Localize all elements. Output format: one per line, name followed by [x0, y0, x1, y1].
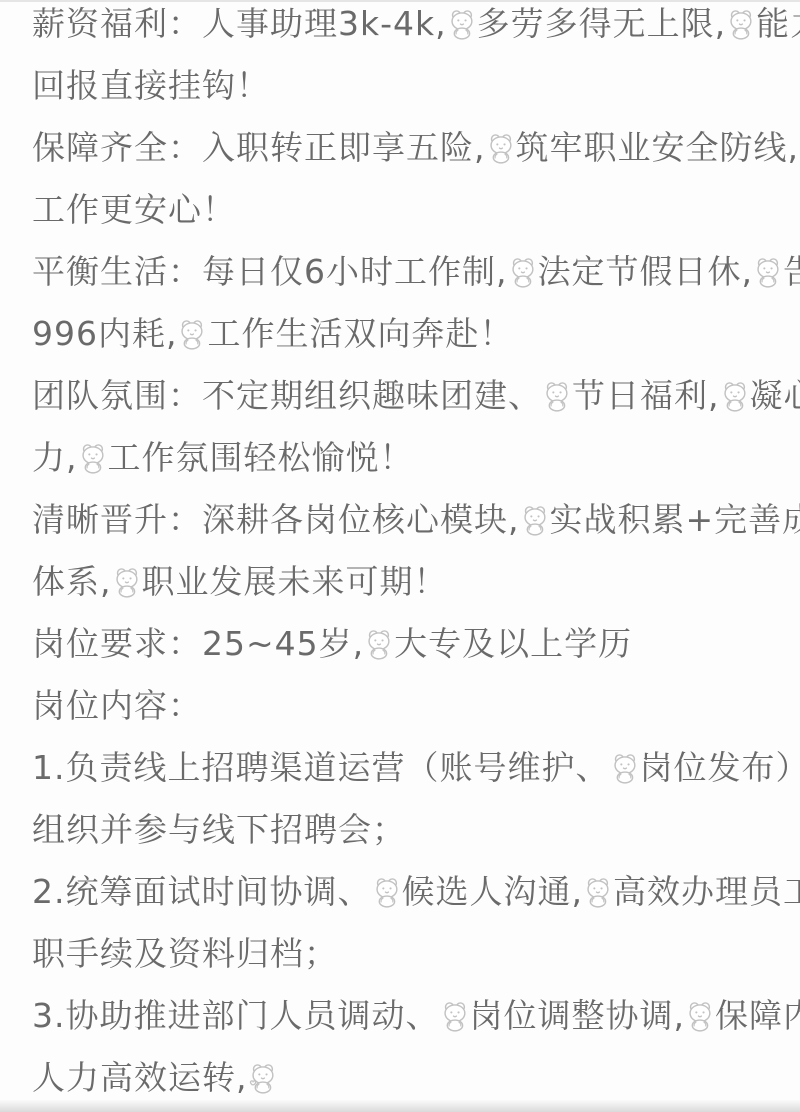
- text-segment: 岗位要求：25~45岁,: [32, 618, 364, 665]
- bottom-edge-divider: [0, 1100, 800, 1112]
- bear-with-heart-emoji-icon: [249, 1062, 276, 1094]
- text-line: 平衡生活：每日仅6小时工作制,法定节假日休,告别: [32, 238, 780, 300]
- text-segment: 节日福利,: [572, 370, 720, 417]
- bear-emoji-icon: [487, 132, 514, 164]
- text-segment: 保障齐全：入职转正即享五险,: [32, 122, 486, 169]
- text-segment: 岗位调整协调,: [470, 990, 686, 1037]
- job-description-text: 薪资福利：人事助理3k-4k,多劳多得无上限,能力与回报直接挂钩！保障齐全：入职…: [32, 0, 780, 1106]
- text-segment: 岗位发布）,: [640, 742, 800, 789]
- text-line: 组织并参与线下招聘会；: [32, 796, 780, 858]
- text-segment: 工作更安心！: [32, 184, 236, 231]
- text-line: 力,工作氛围轻松愉悦！: [32, 424, 780, 486]
- bear-emoji-icon: [79, 442, 106, 474]
- text-segment: 职业发展未来可期！: [142, 556, 448, 603]
- bear-emoji-icon: [721, 380, 748, 412]
- bear-emoji-icon: [686, 1000, 713, 1032]
- text-segment: 岗位内容：: [32, 680, 202, 727]
- text-line: 岗位要求：25~45岁,大专及以上学历: [32, 610, 780, 672]
- text-segment: 工作氛围轻松愉悦！: [108, 432, 414, 479]
- bear-emoji-icon: [611, 752, 638, 784]
- text-segment: 大专及以上学历: [394, 618, 632, 665]
- text-line: 团队氛围：不定期组织趣味团建、节日福利,凝心聚: [32, 362, 780, 424]
- job-post-screenshot: 薪资福利：人事助理3k-4k,多劳多得无上限,能力与回报直接挂钩！保障齐全：入职…: [0, 0, 800, 1112]
- text-segment: 体系,: [32, 556, 112, 603]
- text-segment: 力,: [32, 432, 78, 479]
- bear-emoji-icon: [584, 876, 611, 908]
- text-line: 薪资福利：人事助理3k-4k,多劳多得无上限,能力与: [32, 0, 780, 52]
- bear-emoji-icon: [521, 504, 548, 536]
- bear-emoji-icon: [365, 628, 392, 660]
- text-segment: 实战积累+完善成长: [550, 494, 800, 541]
- bear-emoji-icon: [509, 256, 536, 288]
- text-line: 体系,职业发展未来可期！: [32, 548, 780, 610]
- text-segment: 3.协助推进部门人员调动、: [32, 990, 440, 1037]
- bear-emoji-icon: [754, 256, 781, 288]
- text-line: 996内耗,工作生活双向奔赴！: [32, 300, 780, 362]
- text-segment: 人力高效运转,: [32, 1052, 248, 1099]
- text-segment: 高效办理员工入: [613, 866, 800, 913]
- text-segment: 996内耗,: [32, 308, 177, 355]
- text-segment: 工作生活双向奔赴！: [207, 308, 513, 355]
- text-segment: 2.统筹面试时间协调、: [32, 866, 372, 913]
- bear-emoji-icon: [178, 318, 205, 350]
- text-segment: 清晰晋升：深耕各岗位核心模块,: [32, 494, 520, 541]
- text-line: 回报直接挂钩！: [32, 52, 780, 114]
- text-segment: 回报直接挂钩！: [32, 60, 270, 107]
- text-segment: 法定节假日休,: [538, 246, 754, 293]
- bear-emoji-icon: [448, 8, 475, 40]
- text-line: 2.统筹面试时间协调、候选人沟通,高效办理员工入: [32, 858, 780, 920]
- bear-emoji-icon: [441, 1000, 468, 1032]
- bear-emoji-icon: [373, 876, 400, 908]
- bear-emoji-icon: [543, 380, 570, 412]
- text-segment: 平衡生活：每日仅6小时工作制,: [32, 246, 508, 293]
- text-segment: 能力与: [756, 0, 800, 45]
- text-segment: 候选人沟通,: [402, 866, 584, 913]
- text-segment: 职手续及资料归档；: [32, 928, 338, 975]
- text-segment: 保障内部: [715, 990, 800, 1037]
- bear-emoji-icon: [113, 566, 140, 598]
- text-segment: 多劳多得无上限,: [477, 0, 727, 45]
- text-segment: 薪资福利：人事助理3k-4k,: [32, 0, 447, 45]
- text-line: 职手续及资料归档；: [32, 920, 780, 982]
- text-segment: 团队氛围：不定期组织趣味团建、: [32, 370, 542, 417]
- text-segment: 凝心聚: [750, 370, 800, 417]
- text-line: 岗位内容：: [32, 672, 780, 734]
- text-line: 工作更安心！: [32, 176, 780, 238]
- text-segment: 1.负责线上招聘渠道运营（账号维护、: [32, 742, 610, 789]
- text-segment: 告别: [783, 246, 800, 293]
- text-segment: 组织并参与线下招聘会；: [32, 804, 406, 851]
- text-segment: 筑牢职业安全防线,: [516, 122, 800, 169]
- text-line: 1.负责线上招聘渠道运营（账号维护、岗位发布）,: [32, 734, 780, 796]
- text-line: 3.协助推进部门人员调动、岗位调整协调,保障内部: [32, 982, 780, 1044]
- text-line: 清晰晋升：深耕各岗位核心模块,实战积累+完善成长: [32, 486, 780, 548]
- bear-emoji-icon: [727, 8, 754, 40]
- text-line: 人力高效运转,: [32, 1044, 780, 1106]
- text-line: 保障齐全：入职转正即享五险,筑牢职业安全防线,: [32, 114, 780, 176]
